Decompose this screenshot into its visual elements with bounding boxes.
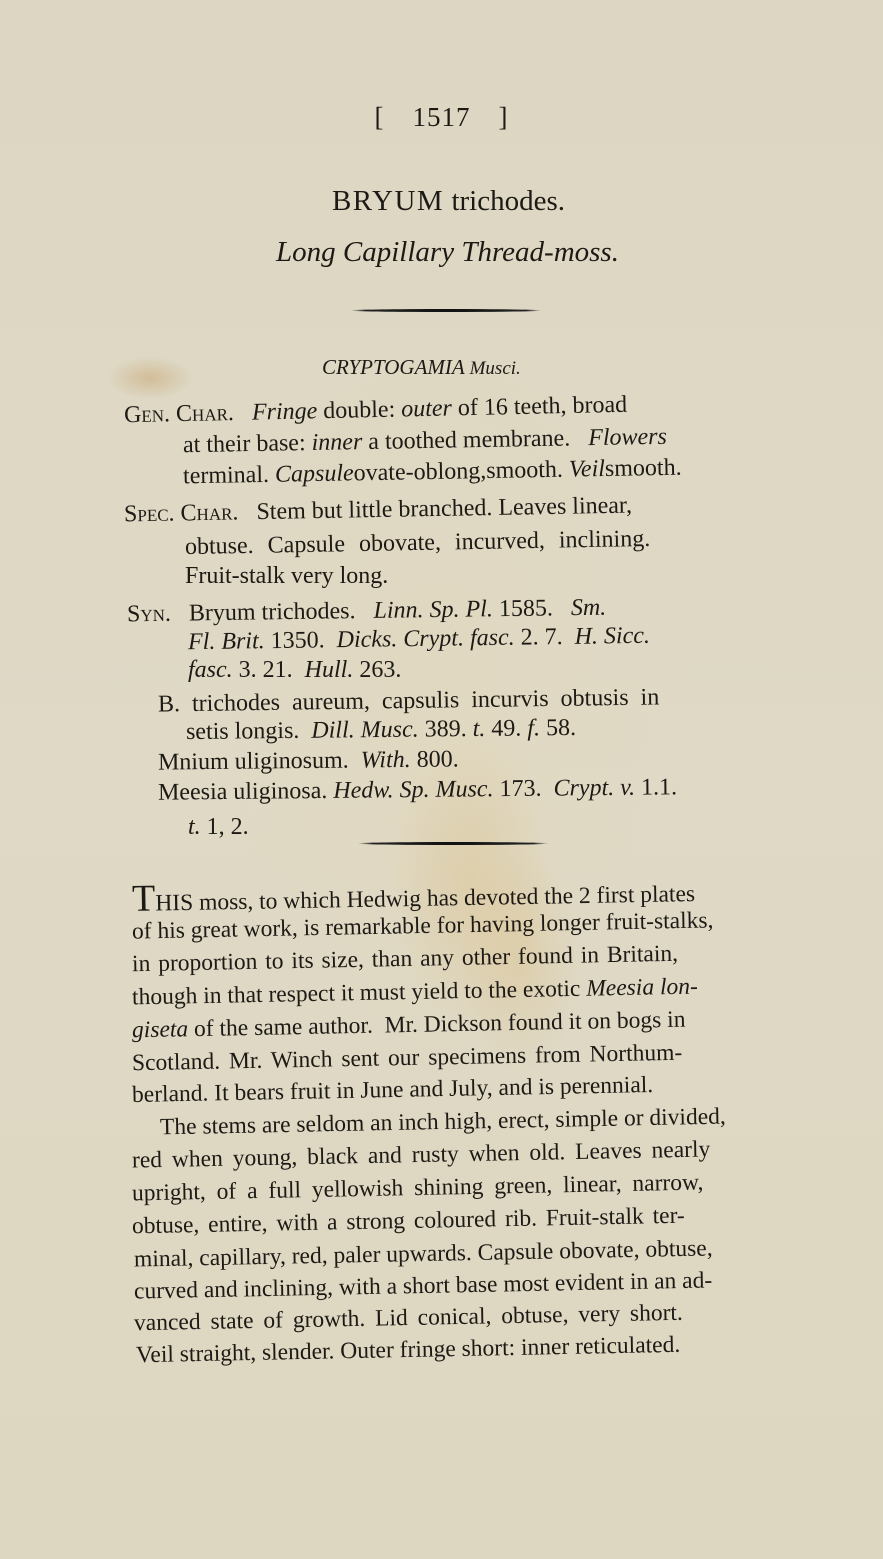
species-name: trichodes. (451, 185, 565, 217)
text-italic: giseta (132, 1016, 189, 1043)
text: 173. (493, 776, 553, 803)
spec-char-line-2: obtuse. Capsule obovate, incurved, incli… (185, 526, 651, 561)
syn-line-2: Fl. Brit. 1350. Dicks. Crypt. fasc. 2. 7… (188, 623, 650, 656)
drop-cap: T (132, 878, 156, 920)
text: Meesia uliginosa. (158, 778, 334, 806)
text-italic: Linn. Sp. Pl. (373, 596, 493, 624)
syn-line-1: Syn. Bryum trichodes. Linn. Sp. Pl. 1585… (127, 595, 607, 629)
text-italic: Sm. (571, 595, 607, 621)
desc-p2-line-2: red when young, black and rusty when old… (132, 1136, 711, 1174)
syn-line-3: fasc. 3. 21. Hull. 263. (188, 657, 401, 684)
text-italic: Dill. Musc. (311, 717, 419, 744)
order-name: Musci. (470, 358, 521, 379)
gen-char-line-1: Gen. Char. Fringe double: outer of 16 te… (124, 392, 628, 430)
spec-char-label: Spec. Char. (124, 499, 239, 527)
syn-label: Syn. (127, 601, 171, 628)
syn-line-7: Meesia uliginosa. Hedw. Sp. Musc. 173. C… (158, 774, 677, 806)
text-italic: With. (361, 747, 411, 774)
ornamental-rule (357, 842, 549, 845)
book-page: [1517] BRYUM trichodes. Long Capillary T… (0, 0, 883, 1559)
spec-char-line-1: Spec. Char. Stem but little branched. Le… (124, 493, 632, 529)
text-italic: H. Sicc. (574, 623, 650, 650)
text: ovate-oblong,smooth. (353, 457, 569, 487)
text: 263. (353, 657, 401, 683)
desc-p2-line-4: obtuse, entire, with a strong coloured r… (132, 1203, 685, 1241)
text: terminal. (183, 462, 275, 490)
syn-line-6: Mnium uliginosum. With. 800. (158, 746, 459, 776)
desc-p1-line-4: though in that respect it must yield to … (132, 974, 698, 1012)
text: 1350. (264, 627, 336, 654)
class-name: CRYPTOGAMIA (322, 355, 464, 379)
text: 1, 2. (201, 814, 249, 840)
syn-line-8: t. 1, 2. (188, 814, 249, 841)
text: 389. (419, 716, 473, 743)
ornamental-rule (350, 309, 542, 312)
desc-p2-line-5: minal, capillary, red, paler upwards. Ca… (134, 1235, 713, 1273)
bracket-left: [ (375, 102, 385, 133)
text: at their base: (183, 430, 312, 458)
text-italic: inner (311, 429, 362, 456)
text: 58. (540, 715, 576, 741)
syn-line-4: B. trichodes aureum, capsulis incurvis o… (158, 685, 660, 719)
gen-char-line-2: at their base: inner a toothed membrane.… (183, 424, 667, 459)
desc-p1-line-7: berland. It bears fruit in June and July… (132, 1072, 654, 1109)
text: double: (317, 396, 402, 424)
text: 1.1. (635, 774, 677, 800)
text: Mnium uliginosum. (158, 747, 361, 775)
genus-name: BRYUM (332, 185, 444, 217)
page-number: 1517 (413, 102, 471, 132)
text: Stem but little branched. Leaves linear, (256, 493, 632, 526)
text: though in that respect it must yield to … (132, 976, 587, 1011)
text-italic: Dicks. Crypt. fasc. (336, 625, 514, 653)
text-italic: Crypt. (553, 775, 614, 802)
desc-p2-line-7: vanced state of growth. Lid conical, obt… (134, 1300, 683, 1338)
bracket-right: ] (499, 102, 509, 133)
text: 2. 7. (514, 624, 574, 651)
text-italic: t. (188, 814, 201, 840)
syn-line-5: setis longis. Dill. Musc. 389. t. 49. f.… (186, 715, 576, 746)
desc-p1-line-5: giseta of the same author. Mr. Dickson f… (132, 1007, 686, 1045)
text: 3. 21. (233, 657, 305, 683)
text: 1585. (493, 595, 553, 622)
text: 800. (411, 746, 459, 773)
text-italic: Hedw. Sp. Musc. (333, 776, 493, 804)
spec-char-line-3: Fruit-stalk very long. (185, 563, 388, 590)
species-title: BRYUM trichodes. (0, 185, 883, 218)
text: setis longis. (186, 718, 312, 745)
text-italic: Flowers (588, 424, 667, 451)
text-italic: fasc. (188, 657, 233, 683)
text-italic: Veil (569, 456, 605, 483)
text-italic: Hull. (305, 657, 354, 683)
text: smooth. (605, 455, 682, 482)
text: Bryum trichodes. (189, 598, 356, 626)
desc-p2-line-3: upright, of a full yellowish shining gre… (132, 1170, 704, 1208)
desc-p1-line-3: in proportion to its size, than any othe… (132, 941, 678, 978)
text-italic: f. (527, 715, 540, 741)
text-italic: Capsule (275, 460, 354, 487)
desc-p2-line-1: The stems are seldom an inch high, erect… (160, 1104, 726, 1142)
page-number-header: [1517] (0, 102, 883, 133)
text: 49. (485, 715, 527, 741)
text: a toothed membrane. (362, 425, 588, 455)
text-italic: v. (620, 775, 635, 801)
desc-p1-line-6: Scotland. Mr. Winch sent our specimens f… (132, 1040, 683, 1078)
gen-char-label: Gen. Char. (124, 400, 234, 428)
text: of the same author. Mr. Dickson found it… (194, 1007, 686, 1042)
classification: CRYPTOGAMIA Musci. (322, 355, 521, 380)
text: of 16 teeth, broad (452, 392, 628, 422)
text-italic: Fl. Brit. (188, 628, 265, 655)
text-italic: t. (473, 716, 486, 742)
common-name: Long Capillary Thread-moss. (0, 236, 883, 269)
gen-char-line-3: terminal. Capsuleovate-oblong,smooth. Ve… (183, 455, 682, 491)
text-italic: Fringe (252, 398, 318, 425)
text-italic: Meesia lon- (586, 974, 698, 1002)
desc-p2-line-8: Veil straight, slender. Outer fringe sho… (136, 1332, 681, 1369)
text-italic: outer (401, 395, 452, 422)
